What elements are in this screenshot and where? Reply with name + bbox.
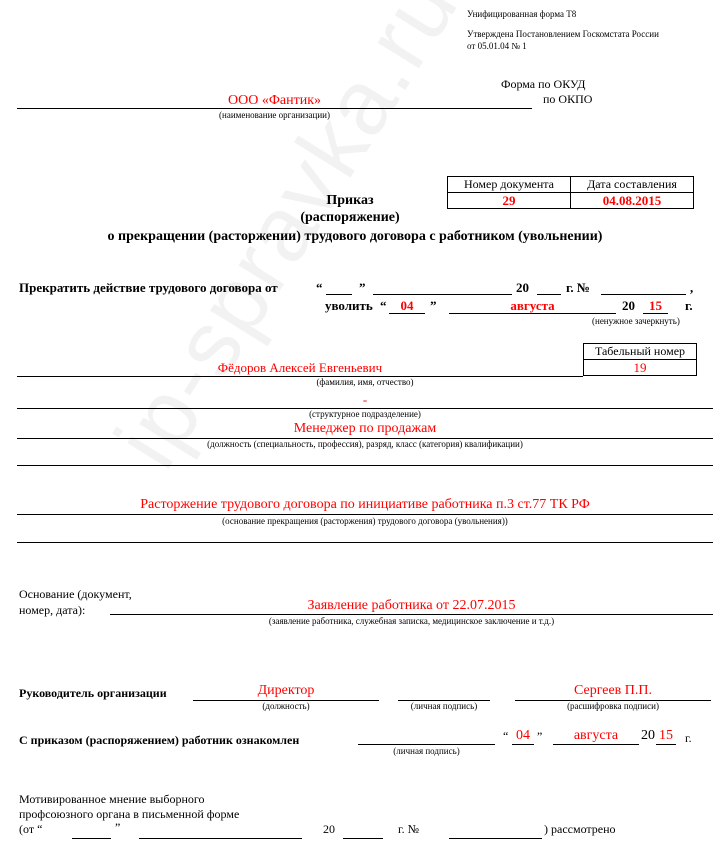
approved-line2: от 05.01.04 № 1 [467,41,527,51]
union-end: ) рассмотрено [544,822,616,837]
position-caption: (должность (специальность, профессия), р… [17,439,713,449]
dismiss-day-underline [389,313,425,314]
acknowledged-label: С приказом (распоряжением) работник озна… [19,733,299,748]
terminate-open-quote: “ [316,280,323,296]
union-year-field[interactable] [343,838,383,839]
acknowledged-signature-caption: (личная подпись) [358,746,495,756]
full-name-caption: (фамилия, имя, отчество) [17,377,713,387]
tab-number-header: Табельный номер [584,344,697,360]
approved-line1: Утверждена Постановлением Госкомстата Ро… [467,29,659,39]
reason-underline [17,514,713,515]
document-info-table: Номер документа Дата составления 29 04.0… [447,176,694,209]
terminate-number-label: г. № [566,280,590,296]
terminate-label: Прекратить действие трудового договора о… [19,280,278,296]
head-label: Руководитель организации [19,686,167,701]
title-subject: о прекращении (расторжении) трудового до… [40,229,670,245]
acknowledged-open-quote: “ [503,729,508,744]
title-disposition: (распоряжение) [260,210,440,226]
terminate-year-prefix: 20 [516,280,529,296]
employee-department: - [17,392,713,408]
organization-name: ООО «Фантик» [17,93,532,109]
acknowledged-signature-field[interactable] [358,744,495,745]
head-position: Директор [193,683,379,699]
head-name: Сергеев П.П. [515,683,711,699]
acknowledged-year-label: г. [685,731,692,746]
form-name: Унифицированная форма Т8 [467,9,576,19]
organization-underline [17,108,532,109]
head-position-caption: (должность) [193,701,379,711]
employee-position: Менеджер по продажам [17,421,713,437]
doc-number-header: Номер документа [448,177,571,193]
basis-value: Заявление работника от 22.07.2015 [110,598,713,614]
tab-number-table: Табельный номер 19 [583,343,697,376]
acknowledged-month-underline [553,744,639,745]
union-open: (от “ [19,822,42,837]
union-line1: Мотивированное мнение выборного [19,792,205,807]
dismiss-year-prefix: 20 [622,298,635,314]
acknowledged-day-underline [512,744,534,745]
union-close-quote: ” [115,820,120,835]
basis-label-line2: номер, дата): [19,603,85,618]
dismiss-open-quote: “ [380,298,387,314]
terminate-close-quote: ” [359,280,366,296]
dismiss-label: уволить [325,298,373,314]
employee-full-name: Фёдоров Алексей Евгеньевич [17,360,583,376]
head-name-caption: (расшифровка подписи) [515,701,711,711]
union-month-field[interactable] [139,838,302,839]
acknowledged-close-quote: ” [537,729,542,744]
terminate-month-field[interactable] [373,294,512,295]
head-signature-caption: (личная подпись) [398,701,490,711]
acknowledged-year-prefix: 20 [641,728,655,744]
union-day-field[interactable] [72,838,111,839]
acknowledged-month: августа [553,728,639,744]
okpo-label: по ОКПО [543,92,592,107]
dismiss-day: 04 [389,298,425,314]
terminate-year-field[interactable] [537,294,561,295]
doc-number-value: 29 [448,193,571,209]
basis-underline [110,614,713,615]
dismiss-year-underline [643,313,668,314]
reason-extra-line [17,542,713,543]
dismiss-note: (ненужное зачеркнуть) [592,316,680,326]
dismiss-year-suffix: 15 [643,298,668,314]
dismiss-month-underline [449,313,616,314]
union-number-label: г. № [398,822,419,837]
union-line2: профсоюзного органа в письменной форме [19,807,239,822]
doc-date-header: Дата составления [571,177,694,193]
acknowledged-year-suffix: 15 [656,728,676,744]
basis-caption: (заявление работника, служебная записка,… [110,616,713,626]
terminate-day-field[interactable] [326,294,352,295]
position-extra-line [17,465,713,466]
union-number-field[interactable] [449,838,542,839]
title-order: Приказ [260,193,440,209]
termination-reason: Расторжение трудового договора по инициа… [17,497,713,513]
acknowledged-day: 04 [512,728,534,744]
terminate-number-field[interactable] [601,294,686,295]
tab-number-value: 19 [584,360,697,376]
organization-caption: (наименование организации) [17,110,532,120]
acknowledged-year-underline [656,744,676,745]
doc-date-value: 04.08.2015 [571,193,694,209]
union-year-prefix: 20 [323,822,335,837]
department-caption: (структурное подразделение) [17,409,713,419]
terminate-comma: , [690,280,693,296]
reason-caption: (основание прекращения (расторжения) тру… [17,516,713,526]
dismiss-year-label: г. [685,298,693,314]
dismiss-close-quote: ” [430,298,437,314]
okud-label: Форма по ОКУД [501,77,585,92]
dismiss-month: августа [449,298,616,314]
